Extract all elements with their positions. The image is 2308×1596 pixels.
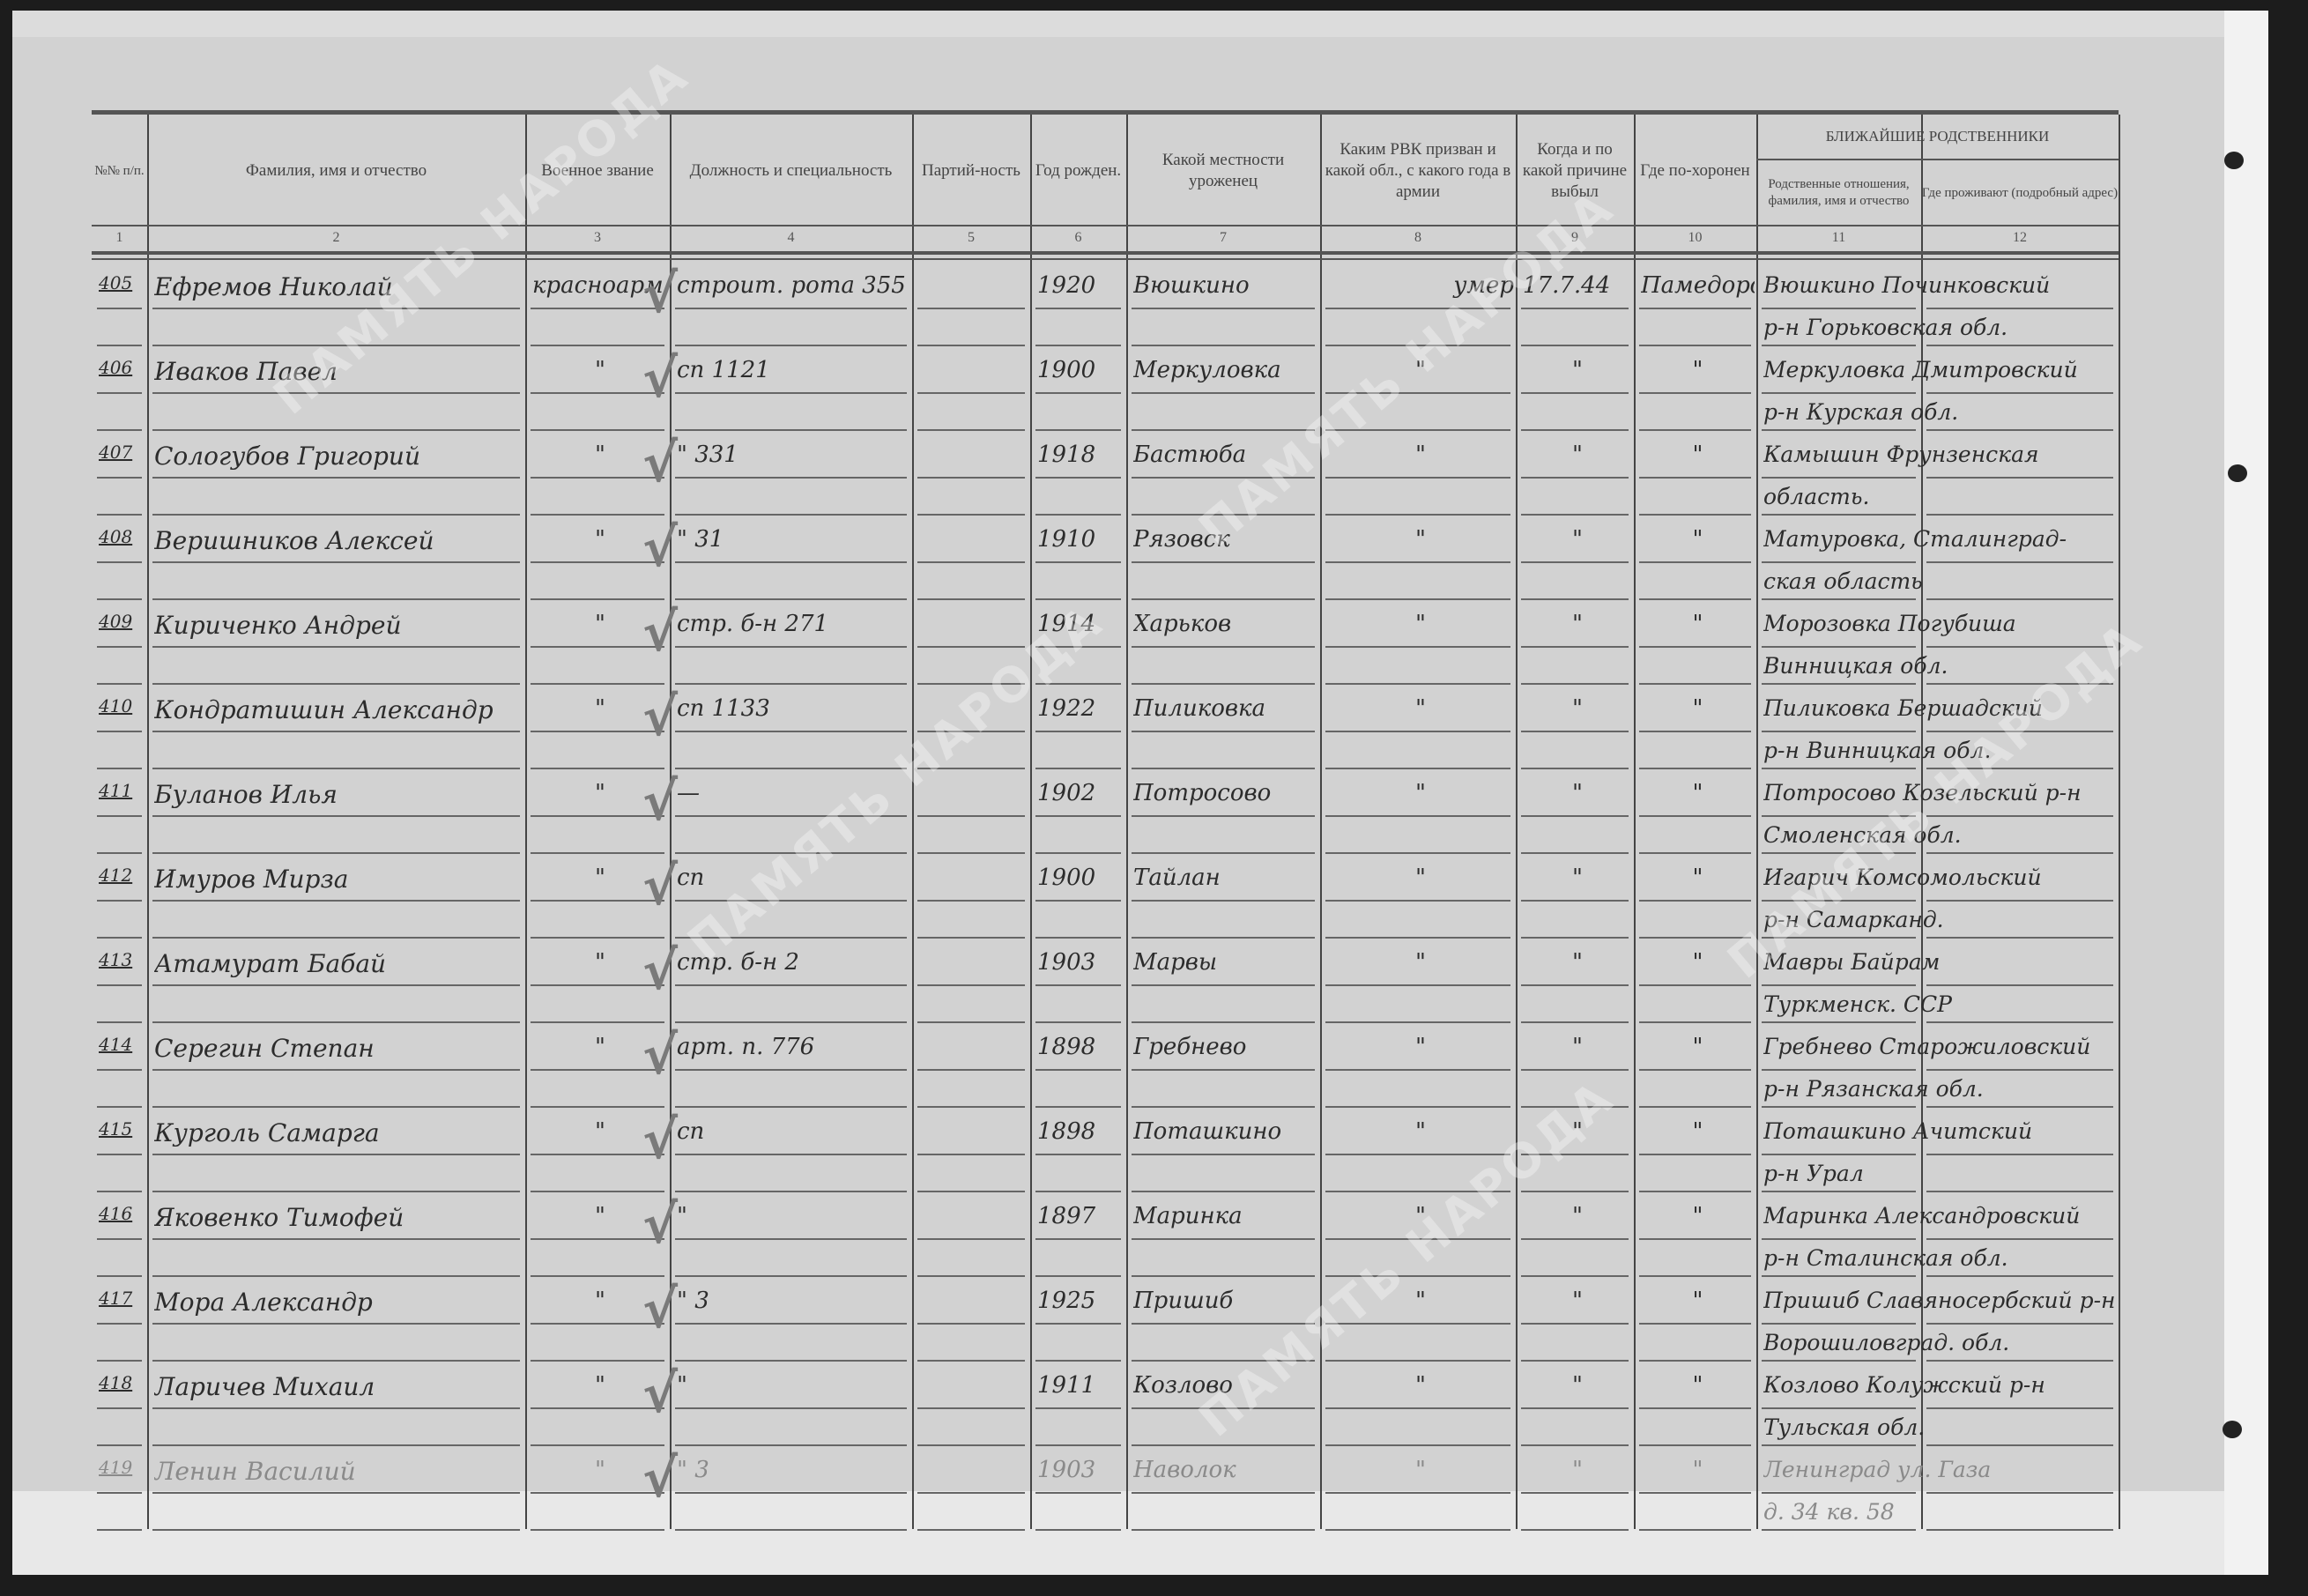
cell-birthplace: Пришиб xyxy=(1133,1288,1318,1314)
row-rule xyxy=(1762,308,1916,309)
row-rule xyxy=(1035,1529,1121,1531)
row-rule xyxy=(1035,1360,1121,1362)
cell-addr1: Пиликовка Бершадский xyxy=(1763,695,2205,721)
cell-name: Веришников Алексей xyxy=(154,526,523,555)
cell-when: " xyxy=(1523,1457,1632,1483)
cell-rvk: " xyxy=(1327,1034,1514,1060)
cell-buried: " xyxy=(1641,611,1755,637)
check-mark-icon: √ xyxy=(642,1363,678,1425)
cell-name: Кондратишин Александр xyxy=(154,695,523,724)
cell-when: " xyxy=(1523,695,1632,722)
row-rule xyxy=(1926,561,2113,563)
row-rule xyxy=(1639,1238,1751,1240)
row-rule xyxy=(1521,1021,1629,1023)
check-mark-icon: √ xyxy=(642,602,678,664)
row-rule xyxy=(675,1407,907,1409)
row-rule xyxy=(917,1444,1025,1446)
row-rule xyxy=(1762,1021,1916,1023)
cell-n: 416 xyxy=(99,1203,145,1224)
row-rule xyxy=(97,1106,142,1108)
cell-when: " xyxy=(1523,357,1632,383)
row-rule xyxy=(1132,308,1315,309)
cell-addr1: Маринка Александровский xyxy=(1763,1203,2205,1229)
row-rule xyxy=(1521,937,1629,939)
cell-addr2: р-н Горьковская обл. xyxy=(1763,315,2205,340)
cell-n: 411 xyxy=(99,780,145,801)
row-rule xyxy=(675,1444,907,1446)
row-rule xyxy=(1762,1106,1916,1108)
row-rule xyxy=(917,1106,1025,1108)
row-rule xyxy=(531,345,664,346)
row-rule xyxy=(1521,646,1629,648)
cell-addr1: Мавры Байрам xyxy=(1763,949,2205,975)
cell-addr1: Вюшкино Починковский xyxy=(1763,272,2205,298)
row-rule xyxy=(152,1021,520,1023)
row-rule xyxy=(1639,345,1751,346)
row-rule xyxy=(1762,1323,1916,1325)
row-rule xyxy=(1035,1069,1121,1071)
cell-buried: " xyxy=(1641,1457,1755,1483)
row-rule xyxy=(1762,1407,1916,1409)
row-rule xyxy=(1521,683,1629,685)
row-rule xyxy=(1762,345,1916,346)
cell-addr1: Матуровка, Сталинград- xyxy=(1763,526,2205,552)
row-rule xyxy=(1639,392,1751,394)
cell-rvk: " xyxy=(1327,1372,1514,1399)
cell-name: Курголь Самарга xyxy=(154,1118,523,1147)
row-rule xyxy=(1035,1275,1121,1277)
row-rule xyxy=(152,429,520,431)
row-rule xyxy=(1639,561,1751,563)
row-rule xyxy=(531,1275,664,1277)
row-rule xyxy=(97,852,142,854)
column-number: 10 xyxy=(1634,230,1756,251)
cell-when: " xyxy=(1523,865,1632,891)
row-rule xyxy=(531,598,664,600)
cell-position: стр. б-н 271 xyxy=(677,611,910,637)
row-rule xyxy=(152,308,520,309)
cell-name: Мора Александр xyxy=(154,1288,523,1317)
cell-year: 1898 xyxy=(1037,1034,1124,1060)
row-rule xyxy=(917,1360,1025,1362)
row-rule xyxy=(1521,1529,1629,1531)
cell-n: 415 xyxy=(99,1118,145,1139)
row-rule xyxy=(675,1106,907,1108)
row-rule xyxy=(917,345,1025,346)
cell-addr1: Козлово Колужский р-н xyxy=(1763,1372,2205,1398)
row-rule xyxy=(675,683,907,685)
row-rule xyxy=(675,646,907,648)
row-rule xyxy=(917,598,1025,600)
row-rule xyxy=(1325,561,1510,563)
column-number: 3 xyxy=(525,230,670,251)
row-rule xyxy=(97,731,142,732)
row-rule xyxy=(97,937,142,939)
check-mark-icon: √ xyxy=(642,856,678,917)
row-rule xyxy=(1762,1275,1916,1277)
cell-name: Ленин Василий xyxy=(154,1457,523,1486)
row-rule xyxy=(1926,1275,2113,1277)
row-rule xyxy=(97,768,142,769)
row-rule xyxy=(1521,1492,1629,1494)
cell-buried: " xyxy=(1641,1288,1755,1314)
row-rule xyxy=(1521,731,1629,732)
cell-n: 417 xyxy=(99,1288,145,1309)
row-rule xyxy=(1762,1191,1916,1192)
header-rule xyxy=(92,225,2119,226)
check-mark-icon: √ xyxy=(642,433,678,494)
row-rule xyxy=(1639,308,1751,309)
column-header-1: №№ п/п. xyxy=(92,119,147,223)
row-rule xyxy=(1035,1407,1121,1409)
cell-when: " xyxy=(1523,949,1632,976)
row-rule xyxy=(1762,1444,1916,1446)
row-rule xyxy=(97,1154,142,1155)
cell-position: сп xyxy=(677,1118,910,1145)
cell-position: " xyxy=(677,1203,910,1229)
row-rule xyxy=(675,477,907,479)
row-rule xyxy=(1325,1444,1510,1446)
column-divider xyxy=(1126,115,1128,1529)
cell-addr2: р-н Рязанская обл. xyxy=(1763,1076,2205,1102)
row-rule xyxy=(1325,1069,1510,1071)
cell-n: 405 xyxy=(99,272,145,293)
row-rule xyxy=(1926,1021,2113,1023)
row-rule xyxy=(1325,646,1510,648)
row-rule xyxy=(1325,1407,1510,1409)
row-rule xyxy=(1035,852,1121,854)
row-rule xyxy=(1035,1492,1121,1494)
cell-rvk: " xyxy=(1327,526,1514,553)
row-rule xyxy=(1926,429,2113,431)
row-rule xyxy=(917,477,1025,479)
row-rule xyxy=(917,1069,1025,1071)
row-rule xyxy=(1926,1069,2113,1071)
check-mark-icon: √ xyxy=(642,1194,678,1256)
row-rule xyxy=(1639,683,1751,685)
row-rule xyxy=(675,598,907,600)
column-divider xyxy=(147,115,149,1529)
row-rule xyxy=(97,1323,142,1325)
cell-year: 1925 xyxy=(1037,1288,1124,1314)
row-rule xyxy=(917,1021,1025,1023)
column-divider xyxy=(525,115,527,1529)
row-rule xyxy=(675,1191,907,1192)
cell-year: 1903 xyxy=(1037,949,1124,976)
cell-n: 409 xyxy=(99,611,145,632)
cell-birthplace: Наволок xyxy=(1133,1457,1318,1483)
row-rule xyxy=(152,768,520,769)
row-rule xyxy=(152,1444,520,1446)
row-rule xyxy=(917,852,1025,854)
row-rule xyxy=(675,392,907,394)
cell-rvk: " xyxy=(1327,611,1514,637)
cell-position: " 331 xyxy=(677,442,910,468)
row-rule xyxy=(1926,1106,2113,1108)
row-rule xyxy=(1132,900,1315,902)
row-rule xyxy=(1926,392,2113,394)
row-rule xyxy=(1639,1444,1751,1446)
row-rule xyxy=(1325,852,1510,854)
row-rule xyxy=(1325,1154,1510,1155)
check-mark-icon: √ xyxy=(642,1279,678,1340)
row-rule xyxy=(1639,1529,1751,1531)
row-rule xyxy=(97,1021,142,1023)
row-rule xyxy=(1132,561,1315,563)
cell-birthplace: Маринка xyxy=(1133,1203,1318,1229)
row-rule xyxy=(1521,1360,1629,1362)
row-rule xyxy=(1132,392,1315,394)
cell-buried: " xyxy=(1641,865,1755,891)
row-rule xyxy=(152,1238,520,1240)
row-rule xyxy=(917,1191,1025,1192)
row-rule xyxy=(152,1191,520,1192)
row-rule xyxy=(917,1154,1025,1155)
row-rule xyxy=(917,1529,1025,1531)
row-rule xyxy=(97,477,142,479)
row-rule xyxy=(1132,1275,1315,1277)
cell-name: Серегин Степан xyxy=(154,1034,523,1063)
row-rule xyxy=(152,477,520,479)
row-rule xyxy=(97,1407,142,1409)
cell-birthplace: Потросово xyxy=(1133,780,1318,806)
row-rule xyxy=(1639,1154,1751,1155)
row-rule xyxy=(1762,1529,1916,1531)
row-rule xyxy=(1035,308,1121,309)
cell-rvk: " xyxy=(1327,865,1514,891)
row-rule xyxy=(1521,477,1629,479)
row-rule xyxy=(1132,731,1315,732)
cell-addr1: Меркуловка Дмитровский xyxy=(1763,357,2205,382)
row-rule xyxy=(531,1191,664,1192)
cell-n: 406 xyxy=(99,357,145,378)
cell-when: " xyxy=(1523,526,1632,553)
row-rule xyxy=(675,1360,907,1362)
row-rule xyxy=(1762,984,1916,986)
column-number: 1 xyxy=(92,230,147,251)
check-mark-icon: √ xyxy=(642,348,678,410)
row-rule xyxy=(1325,1360,1510,1362)
paper-top-margin xyxy=(12,11,2268,37)
cell-rvk: " xyxy=(1327,1118,1514,1145)
cell-birthplace: Вюшкино xyxy=(1133,272,1318,299)
column-divider xyxy=(1516,115,1518,1529)
row-rule xyxy=(1762,477,1916,479)
cell-name: Буланов Илья xyxy=(154,780,523,809)
row-rule xyxy=(917,561,1025,563)
row-rule xyxy=(1521,1407,1629,1409)
row-rule xyxy=(152,1069,520,1071)
row-rule xyxy=(1762,1238,1916,1240)
row-rule xyxy=(1035,1444,1121,1446)
row-rule xyxy=(1035,900,1121,902)
column-divider xyxy=(1634,115,1636,1529)
cell-buried: " xyxy=(1641,1034,1755,1060)
row-rule xyxy=(1926,598,2113,600)
row-rule xyxy=(1521,561,1629,563)
cell-n: 414 xyxy=(99,1034,145,1055)
row-rule xyxy=(1325,477,1510,479)
row-rule xyxy=(1639,514,1751,516)
cell-birthplace: Меркуловка xyxy=(1133,357,1318,383)
header-rule xyxy=(92,258,2119,260)
row-rule xyxy=(1639,1275,1751,1277)
row-rule xyxy=(152,731,520,732)
row-rule xyxy=(1762,1154,1916,1155)
row-rule xyxy=(1325,815,1510,817)
cell-addr2: д. 34 кв. 58 xyxy=(1763,1499,2205,1525)
row-rule xyxy=(152,1407,520,1409)
cell-n: 410 xyxy=(99,695,145,716)
row-rule xyxy=(1521,900,1629,902)
cell-birthplace: Гребнево xyxy=(1133,1034,1318,1060)
check-mark-icon: √ xyxy=(642,1025,678,1087)
row-rule xyxy=(675,514,907,516)
cell-when: " xyxy=(1523,442,1632,468)
cell-n: 413 xyxy=(99,949,145,970)
column-header-2: Фамилия, имя и отчество xyxy=(147,119,525,223)
row-rule xyxy=(152,1106,520,1108)
column-header-4: Должность и специальность xyxy=(670,119,912,223)
row-rule xyxy=(1639,1407,1751,1409)
row-rule xyxy=(675,1529,907,1531)
cell-when: " xyxy=(1523,1034,1632,1060)
cell-addr2: ская область xyxy=(1763,568,2205,594)
row-rule xyxy=(917,1492,1025,1494)
cell-n: 407 xyxy=(99,442,145,463)
row-rule xyxy=(917,1323,1025,1325)
row-rule xyxy=(97,514,142,516)
column-header-6: Год рожден. xyxy=(1030,119,1126,223)
column-number: 8 xyxy=(1320,230,1516,251)
cell-position: арт. п. 776 xyxy=(677,1034,910,1060)
row-rule xyxy=(1035,514,1121,516)
row-rule xyxy=(1639,731,1751,732)
cell-year: 1903 xyxy=(1037,1457,1124,1483)
row-rule xyxy=(1521,429,1629,431)
row-rule xyxy=(1762,646,1916,648)
cell-position: строит. рота 355 xyxy=(677,272,910,299)
cell-buried: " xyxy=(1641,442,1755,468)
row-rule xyxy=(1035,984,1121,986)
column-divider xyxy=(912,115,914,1529)
row-rule xyxy=(1926,1444,2113,1446)
row-rule xyxy=(152,815,520,817)
row-rule xyxy=(1762,392,1916,394)
cell-rvk: " xyxy=(1327,780,1514,806)
row-rule xyxy=(97,1360,142,1362)
row-rule xyxy=(1762,731,1916,732)
row-rule xyxy=(1325,731,1510,732)
row-rule xyxy=(1132,1021,1315,1023)
row-rule xyxy=(1762,561,1916,563)
cell-year: 1918 xyxy=(1037,442,1124,468)
cell-buried: " xyxy=(1641,1372,1755,1399)
row-rule xyxy=(152,937,520,939)
row-rule xyxy=(152,1275,520,1277)
row-rule xyxy=(1926,1407,2113,1409)
cell-when: " xyxy=(1523,1288,1632,1314)
cell-year: 1911 xyxy=(1037,1372,1124,1399)
row-rule xyxy=(1639,1492,1751,1494)
row-rule xyxy=(531,852,664,854)
row-rule xyxy=(1639,429,1751,431)
row-rule xyxy=(97,984,142,986)
column-header-11: Родственные отношения, фамилия, имя и от… xyxy=(1756,163,1921,223)
row-rule xyxy=(1325,1529,1510,1531)
cell-position: " 31 xyxy=(677,526,910,553)
column-number: 6 xyxy=(1030,230,1126,251)
row-rule xyxy=(1639,852,1751,854)
row-rule xyxy=(152,1360,520,1362)
row-rule xyxy=(1926,900,2113,902)
row-rule xyxy=(1521,1275,1629,1277)
row-rule xyxy=(1926,984,2113,986)
row-rule xyxy=(97,646,142,648)
row-rule xyxy=(97,683,142,685)
row-rule xyxy=(97,1492,142,1494)
row-rule xyxy=(917,308,1025,309)
row-rule xyxy=(1926,345,2113,346)
row-rule xyxy=(531,429,664,431)
row-rule xyxy=(531,937,664,939)
row-rule xyxy=(1035,429,1121,431)
row-rule xyxy=(531,1360,664,1362)
cell-addr2: р-н Урал xyxy=(1763,1161,2205,1186)
row-rule xyxy=(917,1275,1025,1277)
row-rule xyxy=(531,1444,664,1446)
row-rule xyxy=(1639,1069,1751,1071)
cell-addr1: Морозовка Погубиша xyxy=(1763,611,2205,636)
column-header-7: Какой местности уроженец xyxy=(1126,119,1320,223)
row-rule xyxy=(152,1529,520,1531)
row-rule xyxy=(1132,1238,1315,1240)
row-rule xyxy=(1521,392,1629,394)
cell-position: " xyxy=(677,1372,910,1399)
cell-position: сп 1121 xyxy=(677,357,910,383)
row-rule xyxy=(152,514,520,516)
row-rule xyxy=(1132,852,1315,854)
row-rule xyxy=(1639,900,1751,902)
column-number: 11 xyxy=(1756,230,1921,251)
row-rule xyxy=(531,514,664,516)
cell-rvk: " xyxy=(1327,1457,1514,1483)
row-rule xyxy=(97,1238,142,1240)
cell-addr1: Гребнево Старожиловский xyxy=(1763,1034,2205,1059)
row-rule xyxy=(675,731,907,732)
cell-name: Кириченко Андрей xyxy=(154,611,523,640)
row-rule xyxy=(675,1021,907,1023)
row-rule xyxy=(1926,514,2113,516)
row-rule xyxy=(97,308,142,309)
row-rule xyxy=(152,984,520,986)
cell-position: " 3 xyxy=(677,1457,910,1483)
row-rule xyxy=(1639,768,1751,769)
row-rule xyxy=(1926,1323,2113,1325)
row-rule xyxy=(1521,1238,1629,1240)
row-rule xyxy=(1762,1069,1916,1071)
row-rule xyxy=(1762,1492,1916,1494)
cell-n: 418 xyxy=(99,1372,145,1393)
row-rule xyxy=(917,815,1025,817)
cell-addr2: Смоленская обл. xyxy=(1763,822,2205,848)
row-rule xyxy=(1132,1529,1315,1531)
cell-n: 419 xyxy=(99,1457,145,1478)
row-rule xyxy=(1762,514,1916,516)
row-rule xyxy=(1035,815,1121,817)
row-rule xyxy=(675,1492,907,1494)
row-rule xyxy=(917,900,1025,902)
